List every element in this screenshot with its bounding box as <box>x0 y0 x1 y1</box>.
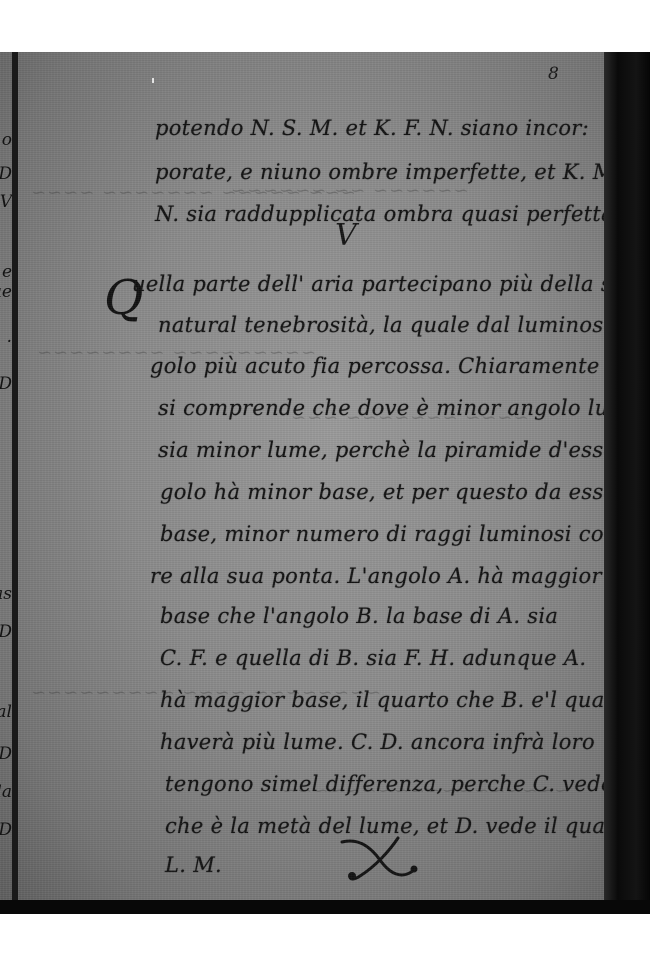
margin-fragment: al <box>0 702 12 722</box>
text-line-17: che è la metà del lume, et D. vede il qu… <box>165 814 637 838</box>
text-line-8: sia minor lume, perchè la piramide d'ess… <box>158 438 650 462</box>
page-number: 8 <box>548 64 559 84</box>
text-line-6: golo più acuto fia percossa. Chiaramente <box>150 354 600 378</box>
text-line-14: hà maggior base, il quarto che B. e'l qu… <box>160 688 637 712</box>
text-line-16: tengono simel differenza, perche C. vede… <box>165 772 650 796</box>
margin-fragment: la <box>0 782 12 802</box>
text-line-13: C. F. e quella di B. sia F. H. adunque A… <box>160 646 586 670</box>
margin-fragment: o <box>0 130 12 150</box>
text-line-7: si comprende che dove è minor angolo lum… <box>158 396 650 420</box>
text-line-15: haverà più lume. C. D. ancora infrà loro <box>160 730 595 754</box>
margin-fragment: D <box>0 374 12 394</box>
text-line-11: re alla sua ponta. L'angolo A. hà maggio… <box>150 564 602 588</box>
text-line-10: base, minor numero di raggi luminosi con… <box>160 522 650 546</box>
text-line-5: natural tenebrosità, la quale dal lumino… <box>158 313 650 337</box>
margin-fragment: ue <box>0 282 12 302</box>
margin-fragment: e <box>0 262 12 282</box>
text-line-4: uella parte dell' aria partecipano più d… <box>132 272 639 296</box>
text-line-2: porate, e niuno ombre imperfette, et K. … <box>155 160 650 184</box>
page-bottom-edge <box>0 900 650 914</box>
margin-fragment: · <box>0 332 12 352</box>
margin-fragment: D <box>0 820 12 840</box>
margin-fragment: D <box>0 622 12 642</box>
gutter-line <box>12 52 18 914</box>
paper-speck <box>152 78 154 83</box>
text-line-18: L. M. <box>165 853 222 877</box>
text-line-1: potendo N. S. M. et K. F. N. siano incor… <box>155 116 589 140</box>
text-line-12: base che l'angolo B. la base di A. sia <box>160 604 558 628</box>
margin-fragment: V. <box>0 192 12 212</box>
margin-fragment: as <box>0 584 12 604</box>
margin-fragment: D <box>0 164 12 184</box>
text-line-3: N. sia raddupplicata ombra quasi perfett… <box>155 202 621 226</box>
paper-surface: ~~~ ~~~~~ ~~~~~~~ ~~~~ ~~~~~~ ~~ ~~~~~~ … <box>0 52 604 900</box>
text-line-9: golo hà minor base, et per questo da ess… <box>160 480 650 504</box>
manuscript-scan: ~~~ ~~~~~ ~~~~~~~ ~~~~ ~~~~~~ ~~ ~~~~~~ … <box>0 52 650 914</box>
binding-edge <box>604 52 650 914</box>
margin-fragment: D <box>0 744 12 764</box>
closing-flourish-icon <box>340 836 420 886</box>
